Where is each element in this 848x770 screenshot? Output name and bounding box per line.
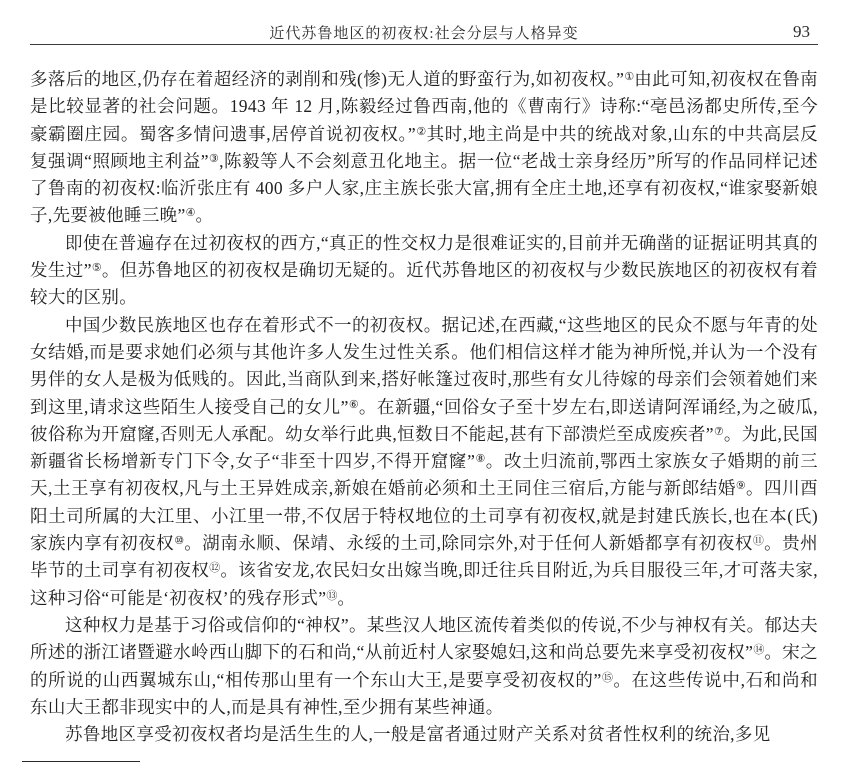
footnote-marker: ⑬ (326, 590, 337, 602)
footnote-marker: ⑧ (475, 453, 486, 465)
paragraph: 苏鲁地区享受初夜权者均是活生生的人,一般是富者通过财产关系对贫者性权利的统治,多… (30, 721, 818, 748)
footnote-marker: ④ (186, 207, 196, 219)
footnote-marker: ② (416, 126, 427, 138)
header-rule (30, 44, 818, 45)
footnote-marker: ⑪ (753, 535, 764, 547)
paragraph: 这种权力是基于习俗或信仰的“神权”。某些汉人地区流传着类似的传说,不少与神权有关… (30, 612, 818, 721)
body-text: 多落后的地区,仍存在着超经济的剥削和残(惨)无人道的野蛮行为,如初夜权。”①由此… (30, 66, 818, 748)
paragraph: 中国少数民族地区也存在着形式不一的初夜权。据记述,在西藏,“这些地区的民众不愿与… (30, 312, 818, 612)
footnote-marker: ⑤ (92, 262, 102, 274)
running-title: 近代苏鲁地区的初夜权:社会分层与人格异变 (30, 22, 818, 43)
page-number: 93 (793, 22, 810, 42)
footnote-separator (22, 761, 140, 762)
page-header: 近代苏鲁地区的初夜权:社会分层与人格异变 93 (30, 22, 818, 44)
footnote-marker: ⑭ (753, 644, 764, 656)
footnote-marker: ⑮ (602, 672, 614, 684)
document-page: 近代苏鲁地区的初夜权:社会分层与人格异变 93 多落后的地区,仍存在着超经济的剥… (0, 0, 848, 770)
footnote-marker: ⑦ (714, 426, 724, 438)
paragraph: 即使在普遍存在过初夜权的西方,“真正的性交权力是很难证实的,目前并无确凿的证据证… (30, 230, 818, 312)
footnote-marker: ③ (209, 153, 219, 165)
footnote-marker: ⑥ (349, 399, 359, 411)
footnote-marker: ① (624, 71, 634, 83)
footnote-marker: ⑫ (209, 562, 220, 574)
footnote-marker: ⑩ (174, 535, 184, 547)
paragraph: 多落后的地区,仍存在着超经济的剥削和残(惨)无人道的野蛮行为,如初夜权。”①由此… (30, 66, 818, 230)
footnote-marker: ⑨ (736, 480, 746, 492)
